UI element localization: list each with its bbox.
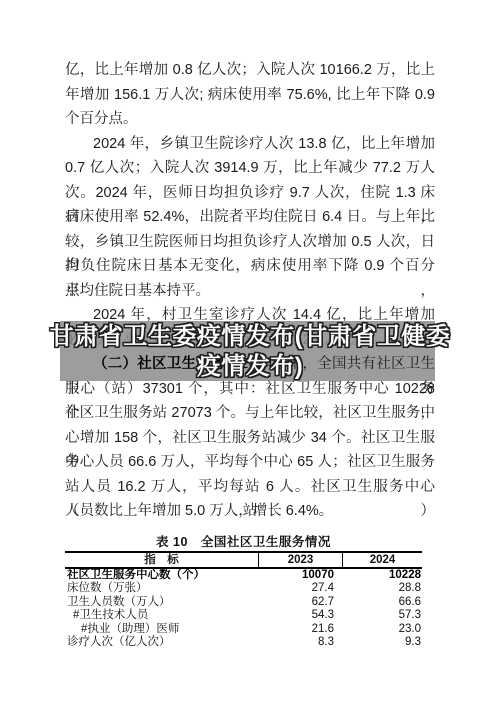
table-title: 表 10 全国社区卫生服务情况 — [65, 534, 422, 550]
row-value-2023: 8.3 — [258, 636, 342, 649]
table-header-2024: 2024 — [342, 553, 422, 567]
table-row: 床位数（万张）27.428.8 — [65, 582, 422, 595]
overlay-title-line1: 甘肃省卫生委疫情发布(甘肃省卫健委 — [0, 322, 500, 352]
stats-table: 表 10 全国社区卫生服务情况 指 标 2023 2024 社区卫生服务中心数（… — [65, 534, 422, 649]
table-body: 社区卫生服务中心数（个）1007010228床位数（万张）27.428.8卫生人… — [65, 569, 422, 649]
row-value-2023: 54.3 — [258, 609, 342, 622]
row-indicator: 床位数（万张） — [65, 582, 258, 595]
overlay-title-line2: 疫情发布) — [0, 352, 500, 382]
text-line: 站人员 16.2 万人，平均每站 6 人。社区卫生服务中心（站） — [65, 475, 435, 500]
text-line: 0.7 亿人次；入院人次 3914.9 万，比上年减少 77.2 万人 — [65, 156, 435, 181]
table-row: 诊疗人次（亿人次）8.39.3 — [65, 636, 422, 649]
row-indicator: 社区卫生服务中心数（个） — [65, 569, 258, 582]
row-value-2023: 21.6 — [258, 623, 342, 636]
row-indicator: #执业（助理）医师 — [65, 623, 258, 636]
text-line: 病床使用率 52.4%，出院者平均住院日 6.4 日。与上年比 — [65, 205, 435, 230]
table-header-2023: 2023 — [258, 553, 342, 567]
row-indicator: 卫生人员数（万人） — [65, 596, 258, 609]
table-row: #执业（助理）医师21.623.0 — [65, 623, 422, 636]
text-line: 年增加 156.1 万人次; 病床使用率 75.6%, 比上年下降 0.9 — [65, 83, 435, 108]
table-header-indicator: 指 标 — [65, 553, 258, 567]
row-value-2024: 9.3 — [342, 636, 422, 649]
row-value-2024: 10228 — [342, 569, 422, 582]
text-line: 亿，比上年增加 0.8 亿人次；入院人次 10166.2 万，比上 — [65, 58, 435, 83]
text-line: 2024 年，乡镇卫生院诊疗人次 13.8 亿，比上年增加 — [65, 132, 435, 157]
table-row: 社区卫生服务中心数（个）1007010228 — [65, 569, 422, 582]
table-row: 卫生人员数（万人）62.766.6 — [65, 596, 422, 609]
text-line: 个百分点。 — [65, 107, 435, 132]
row-value-2023: 27.4 — [258, 582, 342, 595]
row-indicator: #卫生技术人员 — [65, 609, 258, 622]
text-line: 较，乡镇卫生院医师日均担负诊疗人次增加 0.5 人次，日均 — [65, 230, 435, 255]
row-value-2024: 57.3 — [342, 609, 422, 622]
row-value-2023: 10070 — [258, 569, 342, 582]
table-header: 指 标 2023 2024 — [65, 551, 422, 569]
text-line: 次。2024 年，医师日均担负诊疗 9.7 人次，住院 1.3 床日， — [65, 181, 435, 206]
text-line: 社区卫生服务站 27073 个。与上年比较，社区卫生服务中 — [65, 401, 435, 426]
text-line: 心增加 158 个，社区卫生服务站减少 34 个。社区卫生服务 — [65, 426, 435, 451]
row-indicator: 诊疗人次（亿人次） — [65, 636, 258, 649]
table-row: #卫生技术人员54.357.3 — [65, 609, 422, 622]
row-value-2024: 23.0 — [342, 623, 422, 636]
body-text: 亿，比上年增加 0.8 亿人次；入院人次 10166.2 万，比上年增加 156… — [65, 58, 435, 524]
text-line: 中心人员 66.6 万人，平均每个中心 65 人；社区卫生服务 — [65, 450, 435, 475]
document-page: 亿，比上年增加 0.8 亿人次；入院人次 10166.2 万，比上年增加 156… — [0, 0, 500, 707]
text-line: 担负住院床日基本无变化，病床使用率下降 0.9 个百分点， — [65, 254, 435, 279]
row-value-2024: 66.6 — [342, 596, 422, 609]
overlay-title: 甘肃省卫生委疫情发布(甘肃省卫健委 疫情发布) — [0, 322, 500, 381]
row-value-2024: 28.8 — [342, 582, 422, 595]
row-value-2023: 62.7 — [258, 596, 342, 609]
